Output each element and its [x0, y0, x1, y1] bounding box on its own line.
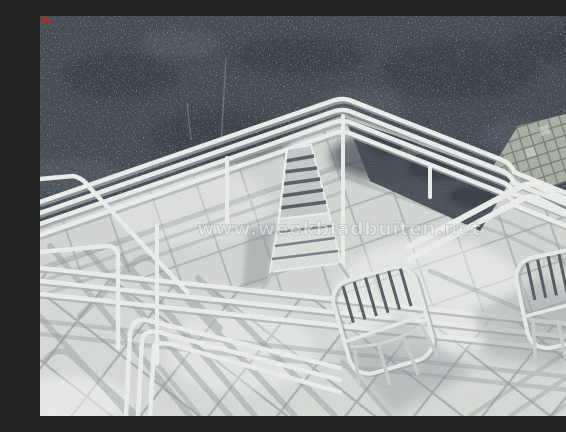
- halftone-grain: [40, 16, 566, 416]
- halftone-photo: www.weekbladbuiten.net: [40, 16, 566, 416]
